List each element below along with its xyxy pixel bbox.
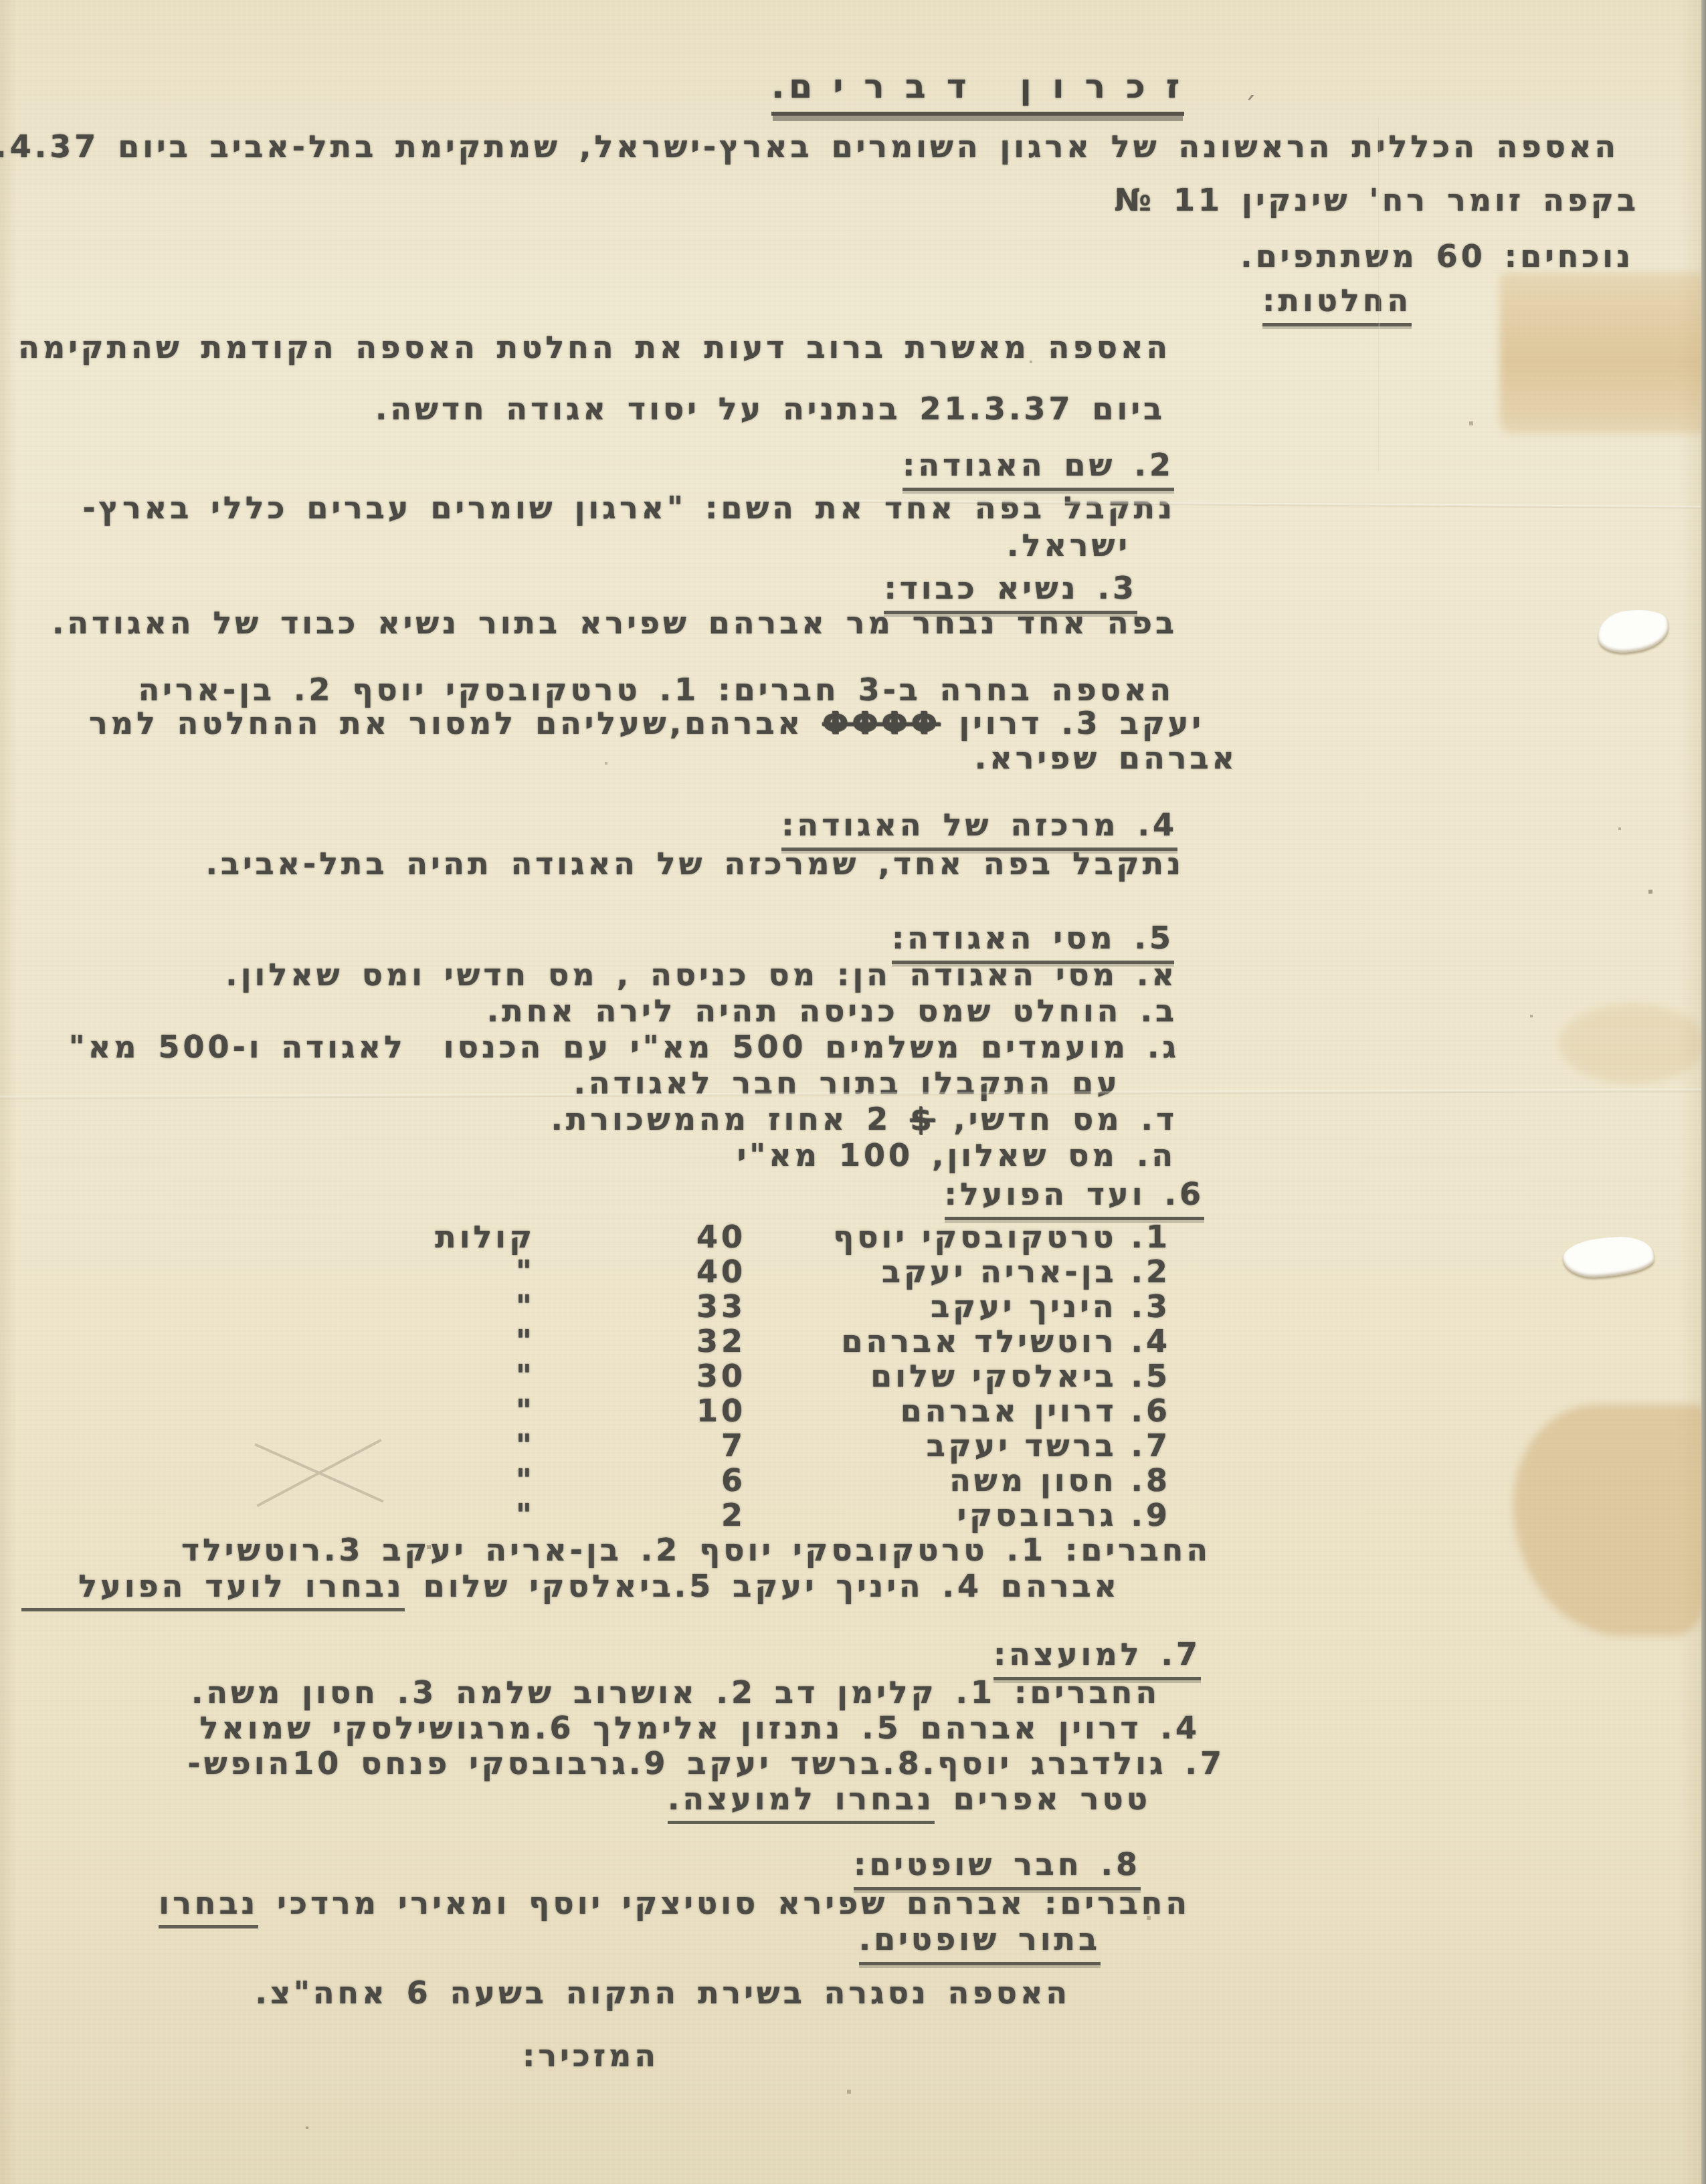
torn-hole xyxy=(1596,606,1671,656)
candidate-name: 4. רוטשילד אברהם xyxy=(842,1323,1171,1359)
document-title: ז כ ר ו ן ד ב ר י ם. xyxy=(771,67,1184,116)
tape-stain xyxy=(1500,273,1706,433)
candidate-name: 6. דרוין אברהם xyxy=(901,1393,1171,1429)
vote-count: 32 xyxy=(696,1323,746,1359)
section4-line-1: נתקבל בפה אחד, שמרכזה של האגודה תהיה בתל… xyxy=(205,846,1184,882)
candidate-name: 3. היניך יעקב xyxy=(931,1288,1171,1324)
candidate-name: 2. בן-אריה יעקב xyxy=(882,1254,1171,1290)
section5-item-c-cont: עם התקבלו בתור חבר לאגודה. xyxy=(574,1065,1121,1101)
section3-line-1: בפה אחד נבחר מר אברהם שפירא בתור נשיא כב… xyxy=(52,605,1177,641)
section3-line-4: אברהם שפירא. xyxy=(975,740,1238,776)
decision1-line-1: האספה מאשרת ברוב דעות את החלטת האספה הקו… xyxy=(18,329,1171,365)
section6-elected-1: החברים: 1. טרטקובסקי יוסף 2. בן-אריה יעק… xyxy=(181,1532,1211,1568)
section5-item-e: ה. מס שאלון, 100 מא"י xyxy=(737,1137,1176,1173)
vote-unit: " xyxy=(516,1497,535,1533)
attendees-line: נוכחים: 60 משתתפים. xyxy=(1240,238,1634,274)
paper-stain xyxy=(1513,1405,1706,1635)
vote-count: 6 xyxy=(721,1462,746,1498)
vote-unit: " xyxy=(516,1323,535,1359)
stray-ink-mark: ׳ xyxy=(1245,86,1256,116)
section8-heading: 8. חבר שופטים: xyxy=(854,1846,1141,1890)
vote-count: 33 xyxy=(696,1288,746,1324)
section5-item-b: ב. הוחלט שמס כניסה תהיה לירה אחת. xyxy=(487,993,1177,1029)
section7-line-3: 7. גולדברג יוסף.8.ברשד יעקב 9.גרבובסקי פ… xyxy=(188,1745,1225,1781)
pencil-mark xyxy=(249,1431,389,1518)
vote-count: 40 xyxy=(696,1254,746,1290)
vote-count: 7 xyxy=(721,1427,746,1464)
paper-stain-faint xyxy=(1559,1003,1706,1084)
section3-line-2: האספה בחרה ב-3 חברים: 1. טרטקובסקי יוסף … xyxy=(138,672,1174,708)
closing-line: האספה נסגרה בשירת התקוה בשעה 6 אחה"צ. xyxy=(255,1975,1070,2011)
vote-unit: " xyxy=(516,1288,535,1324)
section3-line-3: יעקב 3. דרוין ΦΦΦΦ אברהם,שעליהם למסור את… xyxy=(89,705,1204,741)
decision1-line-2: ביום 21.3.37 בנתניה על יסוד אגודה חדשה. xyxy=(375,391,1165,427)
candidate-name: 1. טרטקובסקי יוסף xyxy=(833,1219,1171,1255)
vote-unit: " xyxy=(516,1254,535,1290)
dust-specks xyxy=(0,0,1,1)
scanned-document-page: ז כ ר ו ן ד ב ר י ם. ׳ האספה הכללית הראש… xyxy=(0,0,1706,2184)
section2-line-1: נתקבל בפה אחד את השם: "ארגון שומרים עברי… xyxy=(83,490,1175,526)
section7-line-2: 4. דרוין אברהם 5. נתנזון אלימלך 6.מרגושי… xyxy=(199,1710,1200,1746)
section5-item-c: ג. מועמדים משלמים 500 מא"י עם הכנסו לאגו… xyxy=(69,1029,1179,1065)
vote-unit: " xyxy=(516,1427,535,1464)
vote-count: 2 xyxy=(721,1497,746,1533)
vote-count: 40 xyxy=(696,1219,746,1255)
candidate-name: 5. ביאלסקי שלום xyxy=(870,1358,1171,1394)
vote-count: 10 xyxy=(696,1393,746,1429)
section6-elected-2: אברהם 4. היניך יעקב 5.ביאלסקי שלום נבחרו… xyxy=(21,1568,1120,1604)
scan-edge xyxy=(1701,0,1706,2184)
section8-line-1: החברים: אברהם שפירא סוטיצקי יוסף ומאירי … xyxy=(159,1885,1190,1921)
candidate-name: 9. גרבובסקי xyxy=(957,1497,1171,1533)
vote-unit: " xyxy=(516,1393,535,1429)
torn-hole xyxy=(1561,1234,1655,1279)
candidate-name: 7. ברשד יעקב xyxy=(927,1427,1171,1464)
section5-item-d: ד. מס חדשי, $ 2 אחוז מהמשכורת. xyxy=(551,1101,1177,1137)
section2-heading: 2. שם האגודה: xyxy=(903,447,1174,491)
section7-line-4: טטר אפרים נבחרו למועצה. xyxy=(668,1781,1151,1817)
vote-unit: קולות xyxy=(435,1219,535,1255)
section4-heading: 4. מרכזה של האגודה: xyxy=(781,807,1177,851)
vote-unit: " xyxy=(516,1358,535,1394)
secretary-label: המזכיר: xyxy=(523,2038,659,2074)
candidate-name: 8. חסון משה xyxy=(949,1462,1171,1498)
vote-count: 30 xyxy=(696,1358,746,1394)
intro-line-1: האספה הכללית הראשונה של ארגון השומרים בא… xyxy=(0,128,1619,165)
vote-unit: " xyxy=(516,1462,535,1498)
section6-heading: 6. ועד הפועל: xyxy=(945,1176,1205,1220)
section7-line-1: החברים: 1. קלימן דב 2. אושרוב שלמה 3. חס… xyxy=(191,1674,1160,1710)
decisions-heading: החלטות: xyxy=(1262,282,1412,326)
intro-line-2: בקפה זומר רח' שינקין 11 № xyxy=(1115,182,1639,218)
section8-line-2: בתור שופטים. xyxy=(859,1921,1101,1965)
section5-item-a: א. מסי האגודה הן: מס כניסה , מס חדשי ומס… xyxy=(225,957,1177,993)
section2-line-2: ישראל. xyxy=(1007,527,1131,563)
